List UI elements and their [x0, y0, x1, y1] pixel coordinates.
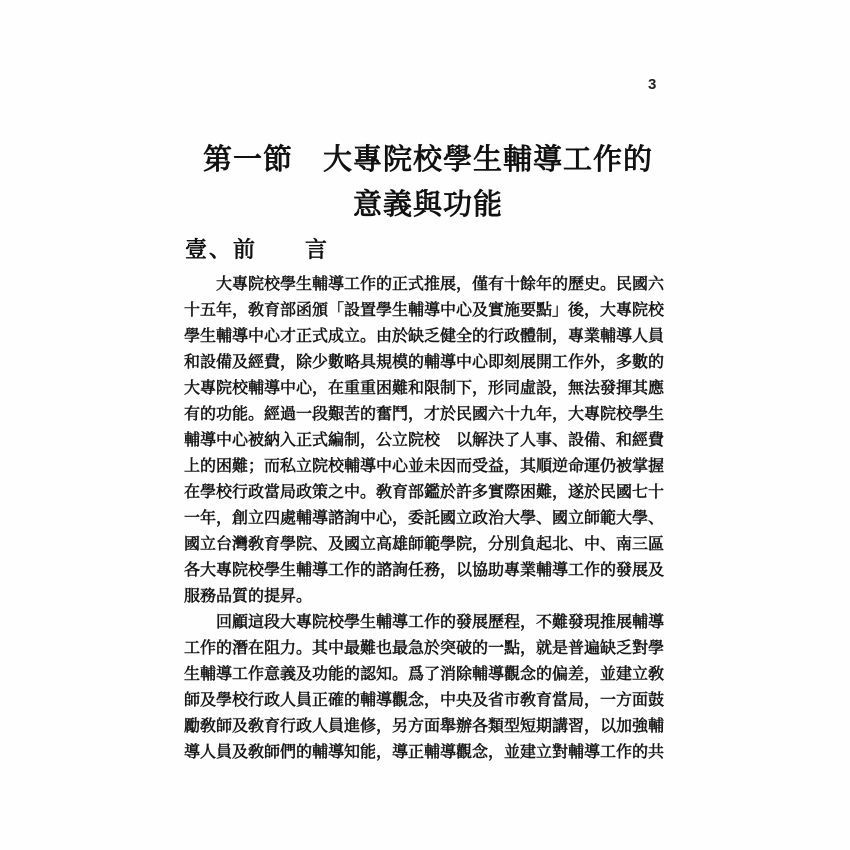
text-line: 工作的潛在阻力。其中最難也最急於突破的一點，就是普遍缺乏對學 — [184, 636, 676, 662]
document-page: 3 第一節 大專院校學生輔導工作的 意義與功能 壹、前 言 大專院校學生輔導工作… — [0, 0, 850, 850]
text-line: 輔導中心被納入正式編制，公立院校 以解決了人事、設備、和經費 — [184, 428, 676, 454]
text-line: 十五年，敎育部函頒「設置學生輔導中心及實施要點」後，大專院校 — [184, 298, 676, 324]
text-line: 導人員及敎師們的輔導知能，導正輔導觀念，並建立對輔導工作的共 — [184, 740, 676, 766]
paragraph-1: 大專院校學生輔導工作的正式推展，僅有十餘年的歷史。民國六 十五年，敎育部函頒「設… — [184, 272, 676, 610]
text-line: 生輔導工作意義及功能的認知。爲了消除輔導觀念的偏差，並建立敎 — [184, 662, 676, 688]
text-line: 服務品質的提昇。 — [184, 584, 676, 610]
chapter-title: 第一節 大專院校學生輔導工作的 意義與功能 — [168, 138, 688, 228]
page-number: 3 — [648, 76, 656, 93]
text-line: 上的困難；而私立院校輔導中心並未因而受益，其順逆命運仍被掌握 — [184, 454, 676, 480]
text-line: 回顧這段大專院校學生輔導工作的發展歷程，不難發現推展輔導 — [184, 610, 676, 636]
section-heading: 壹、前 言 — [185, 233, 329, 264]
text-line: 一年，創立四處輔導諮詢中心，委託國立政治大學、國立師範大學、 — [184, 506, 676, 532]
text-line: 大專院校輔導中心，在重重困難和限制下，形同虛設，無法發揮其應 — [184, 376, 676, 402]
chapter-title-line2: 意義與功能 — [168, 183, 688, 228]
body-text: 大專院校學生輔導工作的正式推展，僅有十餘年的歷史。民國六 十五年，敎育部函頒「設… — [184, 272, 676, 766]
text-line: 各大專院校學生輔導工作的諮詢任務，以協助專業輔導工作的發展及 — [184, 558, 676, 584]
text-line: 勵敎師及敎育行政人員進修，另方面舉辦各類型短期講習，以加強輔 — [184, 714, 676, 740]
text-line: 和設備及經費，除少數略具規模的輔導中心即刻展開工作外，多數的 — [184, 350, 676, 376]
text-line: 大專院校學生輔導工作的正式推展，僅有十餘年的歷史。民國六 — [184, 272, 676, 298]
text-line: 有的功能。經過一段艱苦的奮鬥，才於民國六十九年，大專院校學生 — [184, 402, 676, 428]
text-line: 師及學校行政人員正確的輔導觀念，中央及省市敎育當局，一方面鼓 — [184, 688, 676, 714]
text-line: 國立台灣敎育學院、及國立高雄師範學院，分別負起北、中、南三區 — [184, 532, 676, 558]
text-line: 在學校行政當局政策之中。敎育部鑑於許多實際困難，遂於民國七十 — [184, 480, 676, 506]
paragraph-2: 回顧這段大專院校學生輔導工作的發展歷程，不難發現推展輔導 工作的潛在阻力。其中最… — [184, 610, 676, 766]
text-line: 學生輔導中心才正式成立。由於缺乏健全的行政體制，專業輔導人員 — [184, 324, 676, 350]
chapter-title-line1: 第一節 大專院校學生輔導工作的 — [168, 138, 688, 183]
